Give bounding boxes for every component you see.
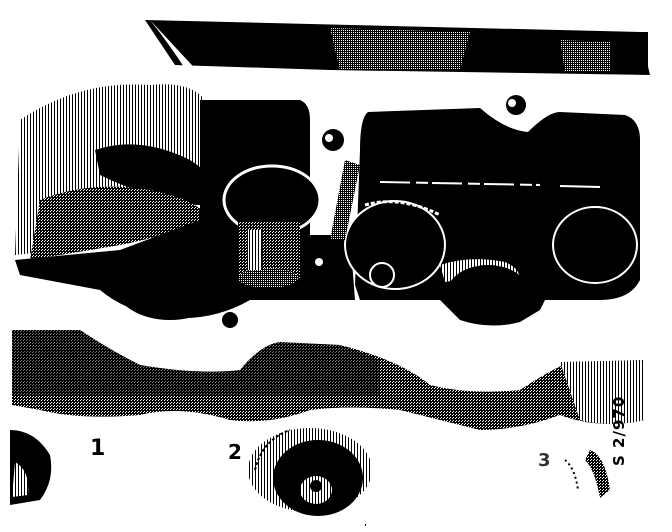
- cylinder-number-2: 2: [228, 442, 242, 462]
- cylinder-number-3: 3: [538, 452, 551, 470]
- cylinder-number-1: 1: [90, 438, 105, 460]
- figure-reference-code: S 2/970: [612, 396, 627, 466]
- cylinder-head-right: [345, 108, 640, 326]
